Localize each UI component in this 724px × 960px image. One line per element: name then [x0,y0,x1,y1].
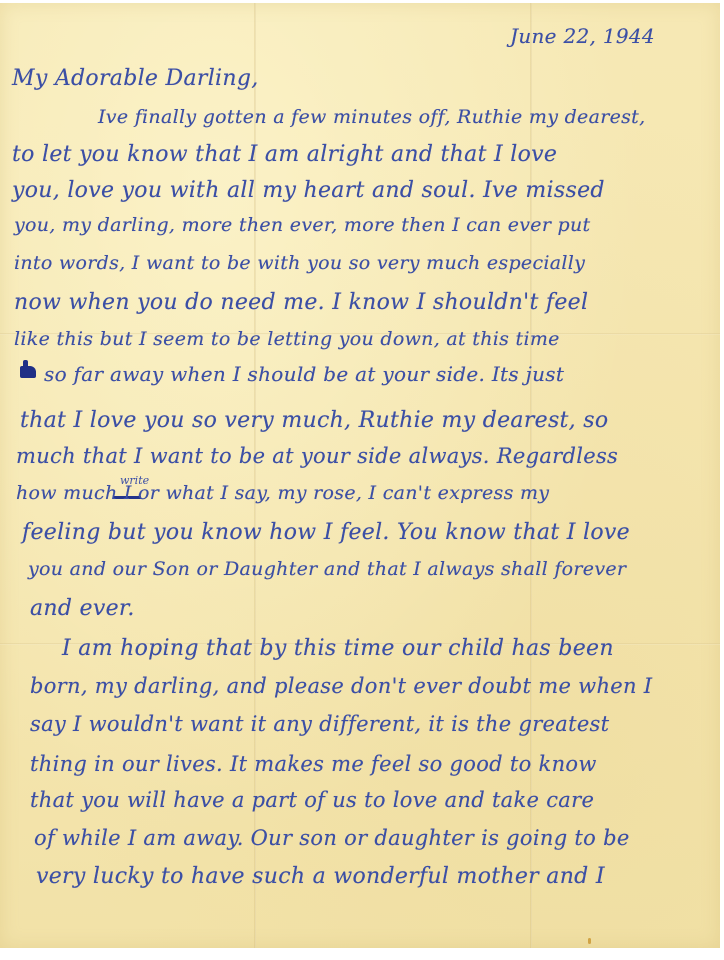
letter-line-21: very lucky to have such a wonderful moth… [36,866,605,888]
letter-line-5: into words, I want to be with you so ver… [14,254,585,273]
letter-salutation: My Adorable Darling, [12,68,259,90]
letter-line-19: that you will have a part of us to love … [30,790,594,811]
letter-line-13: you and our Son or Daughter and that I a… [28,560,626,579]
letter-line-7: like this but I seem to be letting you d… [14,330,560,349]
letter-line-14: and ever. [30,598,135,620]
letter-line-6: now when you do need me. I know I should… [14,292,588,314]
letter-line-8: so far away when I should be at your sid… [44,364,564,384]
letter-date: June 22, 1944 [510,26,655,46]
letter-line-12: feeling but you know how I feel. You kno… [22,522,630,544]
letter-line-11: how much I or what I say, my rose, I can… [16,484,549,503]
letter-line-2: to let you know that I am alright and th… [12,144,557,166]
letter-line-17: say I wouldn't want it any different, it… [30,714,609,735]
letter-line-18: thing in our lives. It makes me feel so … [30,754,597,775]
letter-line-15: I am hoping that by this time our child … [62,638,614,660]
letter-line-9: that I love you so very much, Ruthie my … [20,410,608,432]
letter-line-10: much that I want to be at your side alwa… [16,446,618,467]
letter-line-4: you, my darling, more then ever, more th… [14,216,590,235]
stain-spot [588,938,591,944]
ink-blot [20,366,36,378]
letter-line-3: you, love you with all my heart and soul… [12,180,605,202]
letter-line-20: of while I am away. Our son or daughter … [34,828,630,849]
letter-line-1: Ive finally gotten a few minutes off, Ru… [98,108,645,127]
letter-line-16: born, my darling, and please don't ever … [30,676,652,697]
